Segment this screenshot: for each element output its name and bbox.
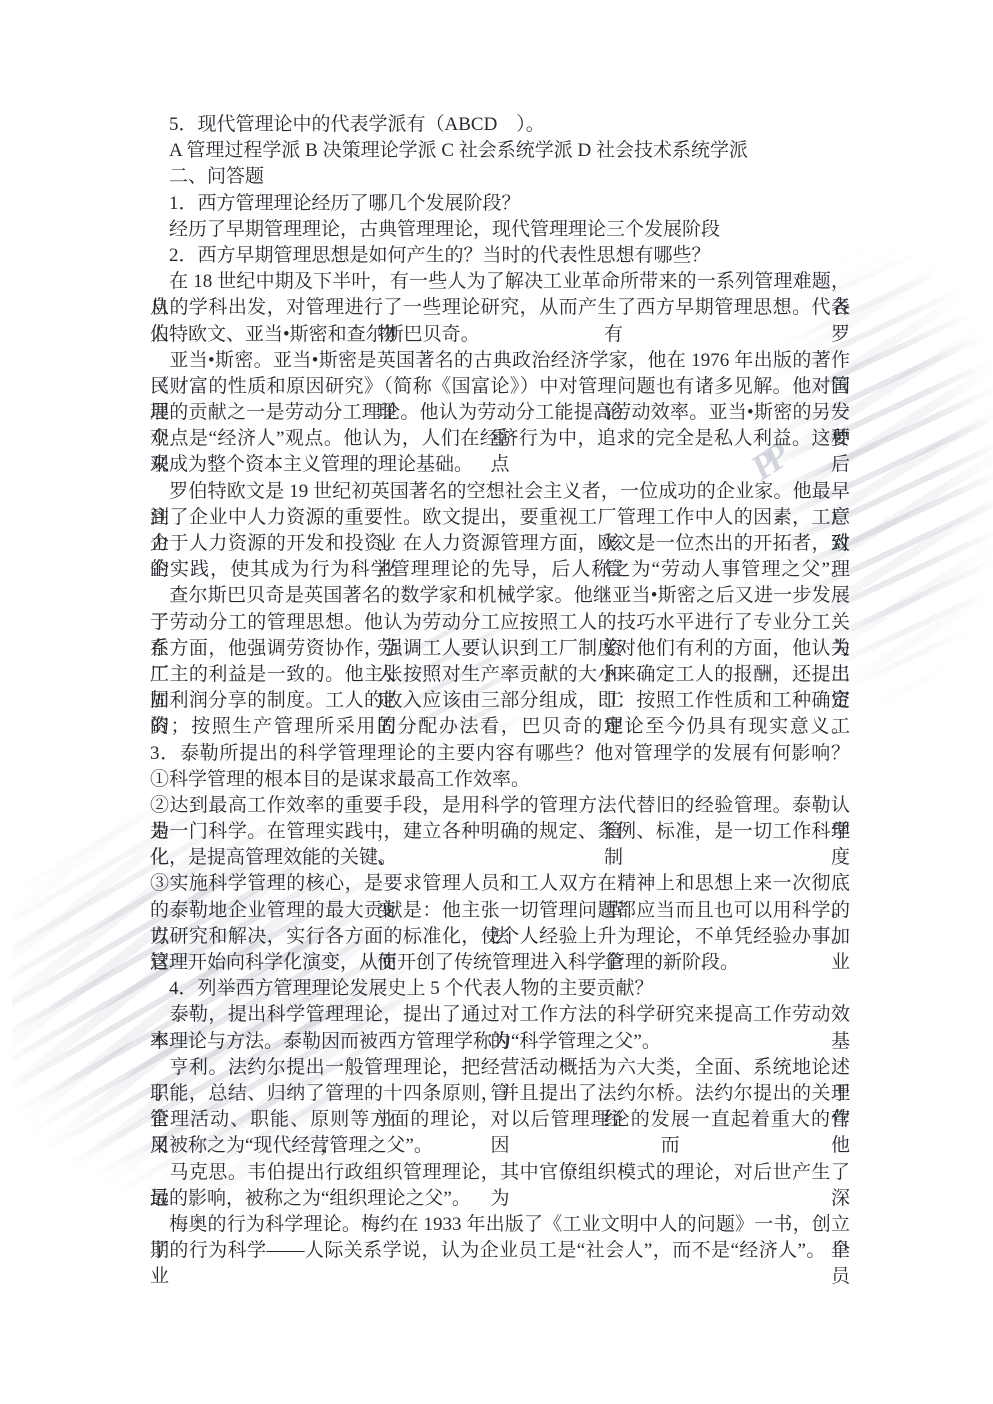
text-line: 民财富的性质和原因研究》（简称《国富论》）中对管理问题也有诸多见解。他对管理理论… <box>150 374 850 400</box>
page: { "page": { "background": "#ffffff", "te… <box>0 0 993 1404</box>
text-line: 系方面，他强调劳资协作，强调工人要认识到工厂制度对他们有利的方面，他认为工人和工 <box>150 636 850 662</box>
text-line: 2．西方早期管理思想是如何产生的？当时的代表性思想有哪些？ <box>150 243 850 269</box>
text-line: ①科学管理的根本目的是谋求最高工作效率。 <box>150 767 850 793</box>
text-line: 资；按照生产管理所采用的分配办法看，巴贝奇的理论至今仍具有现实意义。 <box>150 714 850 740</box>
text-line: 观点是“经济人”观点。他认为，人们在经济行为中，追求的完全是私人利益。这种观点后 <box>150 426 850 452</box>
document-body: 5．现代管理论中的代表学派有（ABCD ）。 A 管理过程学派 B 决策理论学派… <box>150 112 850 1264</box>
text-line: 管理活动、职能、原则等方面的理论，对以后管理理论的发展一直起着重大的作用，因而他 <box>150 1107 850 1133</box>
text-line: ③实施科学管理的核心，是要求管理人员和工人双方在精神上和思想上来一次彻底的变革。 <box>150 871 850 897</box>
text-line: 泰勒，提出科学管理理论，提出了通过对工作方法的科学研究来提高工作劳动效率的基 <box>150 1002 850 1028</box>
text-line: 厂主的利益是一致的。他主张按照对生产率贡献的大小来确定工人的报酬，还提出固定工资 <box>150 662 850 688</box>
text-line: 亚当•斯密。亚当•斯密是英国著名的古典政治经济学家，他在 1976 年出版的著作… <box>150 348 850 374</box>
text-line: 以研究和解决，实行各方面的标准化，使个人经验上升为理论，不单凭经验办事。这使企业 <box>150 924 850 950</box>
text-line: 加利润分享的制度。工人的收入应该由三部分组成，即：按照工作性质和工种确定的固定工 <box>150 688 850 714</box>
text-line: 展的贡献之一是劳动分工理论。他认为劳动分工能提高劳动效率。亚当•斯密的另一个重要 <box>150 400 850 426</box>
text-line: 到了企业中人力资源的重要性。欧文提出，要重视工厂管理工作中人的因素，工厂企业该致 <box>150 505 850 531</box>
text-line: 3．泰勒所提出的科学管理理论的主要内容有哪些？他对管理学的发展有何影响？ <box>150 741 850 767</box>
text-line: 罗伯特欧文是 19 世纪初英国著名的空想社会主义者，一位成功的企业家。他最早注意 <box>150 479 850 505</box>
text-line: 梅奥的行为科学理论。梅约在 1933 年出版了《工业文明中人的问题》一书，创立了… <box>150 1212 850 1238</box>
text-line: 于劳动分工的管理思想。他认为劳动分工应按照工人的技巧水平进行了专业分工：在劳资关 <box>150 610 850 636</box>
text-line: A 管理过程学派 B 决策理论学派 C 社会系统学派 D 社会技术系统学派 <box>150 138 850 164</box>
text-line: 的实践，使其成为行为科学管理理论的先导，后人称之为“劳动人事管理之父”。 <box>150 557 850 583</box>
text-line: 职能，总结、归纳了管理的十四条原则，并且提出了法约尔桥。法约尔提出的关于企业经营 <box>150 1081 850 1107</box>
text-line: 经历了早期管理理论，古典管理理论，现代管理理论三个发展阶段 <box>150 217 850 243</box>
text-line: ②达到最高工作效率的重要手段，是用科学的管理方法代替旧的经验管理。泰勒认为，管理 <box>150 793 850 819</box>
text-line: 二、问答题 <box>150 164 850 190</box>
text-line: 期的行为科学——人际关系学说，认为企业员工是“社会人”，而不是“经济人”。 企业… <box>150 1238 850 1264</box>
text-line: 5．现代管理论中的代表学派有（ABCD ）。 <box>150 112 850 138</box>
text-line: 1．西方管理理论经历了哪几个发展阶段？ <box>150 191 850 217</box>
text-line: 4．列举西方管理理论发展史上 5 个代表人物的主要贡献？ <box>150 976 850 1002</box>
text-line: 马克思。韦伯提出行政组织管理理论，其中官僚组织模式的理论，对后世产生了最为深 <box>150 1160 850 1186</box>
text-line: 自的学科出发，对管理进行了一些理论研究，从而产生了西方早期管理思想。代表人物有罗 <box>150 295 850 321</box>
document-page: PP 5．现代管理论中的代表学派有（ABCD ）。 A 管理过程学派 B 决策理… <box>0 0 993 1404</box>
text-line: 泰勒地企业管理的最大贡献是：他主张一切管理问题都应当而且也可以用科学的方法加 <box>150 898 850 924</box>
text-line: 是一门科学。在管理实践中，建立各种明确的规定、条例、标准，是一切工作科学化、制度 <box>150 819 850 845</box>
text-line: 亨利。法约尔提出一般管理理论，把经营活动概括为六大类，全面、系统地论述了管理 <box>150 1055 850 1081</box>
text-line: 在 18 世纪中期及下半叶，有一些人为了解决工业革命所带来的一系列管理难题，从各 <box>150 269 850 295</box>
text-line: 力于人力资源的开发和投资。在人力资源管理方面，欧文是一位杰出的开拓者，对企业管理 <box>150 531 850 557</box>
text-line: 查尔斯巴贝奇是英国著名的数学家和机械学家。他继亚当•斯密之后又进一步发展了关 <box>150 583 850 609</box>
